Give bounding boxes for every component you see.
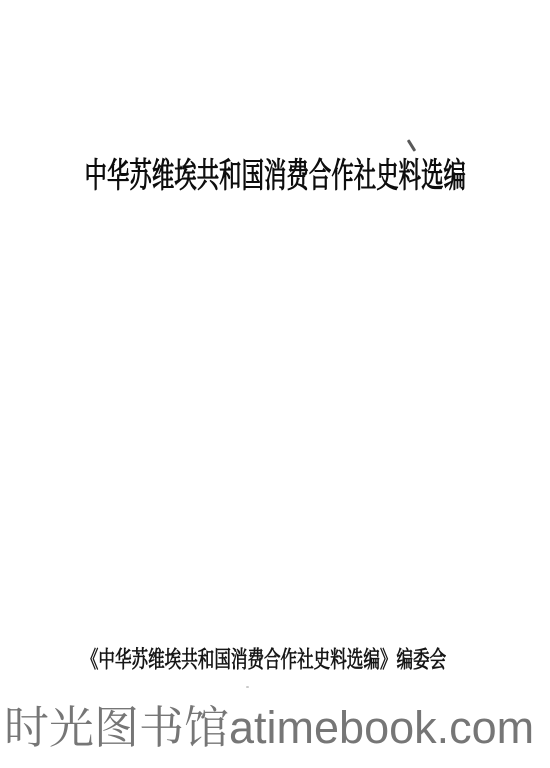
book-title: 中华苏维埃共和国消费合作社史料选编	[85, 159, 448, 193]
ink-smudge-artifact	[407, 139, 416, 152]
scanned-book-page: 中华苏维埃共和国消费合作社史料选编 《中华苏维埃共和国消费合作社史料选编》编委会…	[0, 0, 550, 768]
speck-artifact	[246, 686, 249, 688]
watermark-text: 时光图书馆atimebook.com	[4, 705, 534, 750]
editorial-committee-line: 《中华苏维埃共和国消费合作社史料选编》编委会	[66, 648, 462, 671]
